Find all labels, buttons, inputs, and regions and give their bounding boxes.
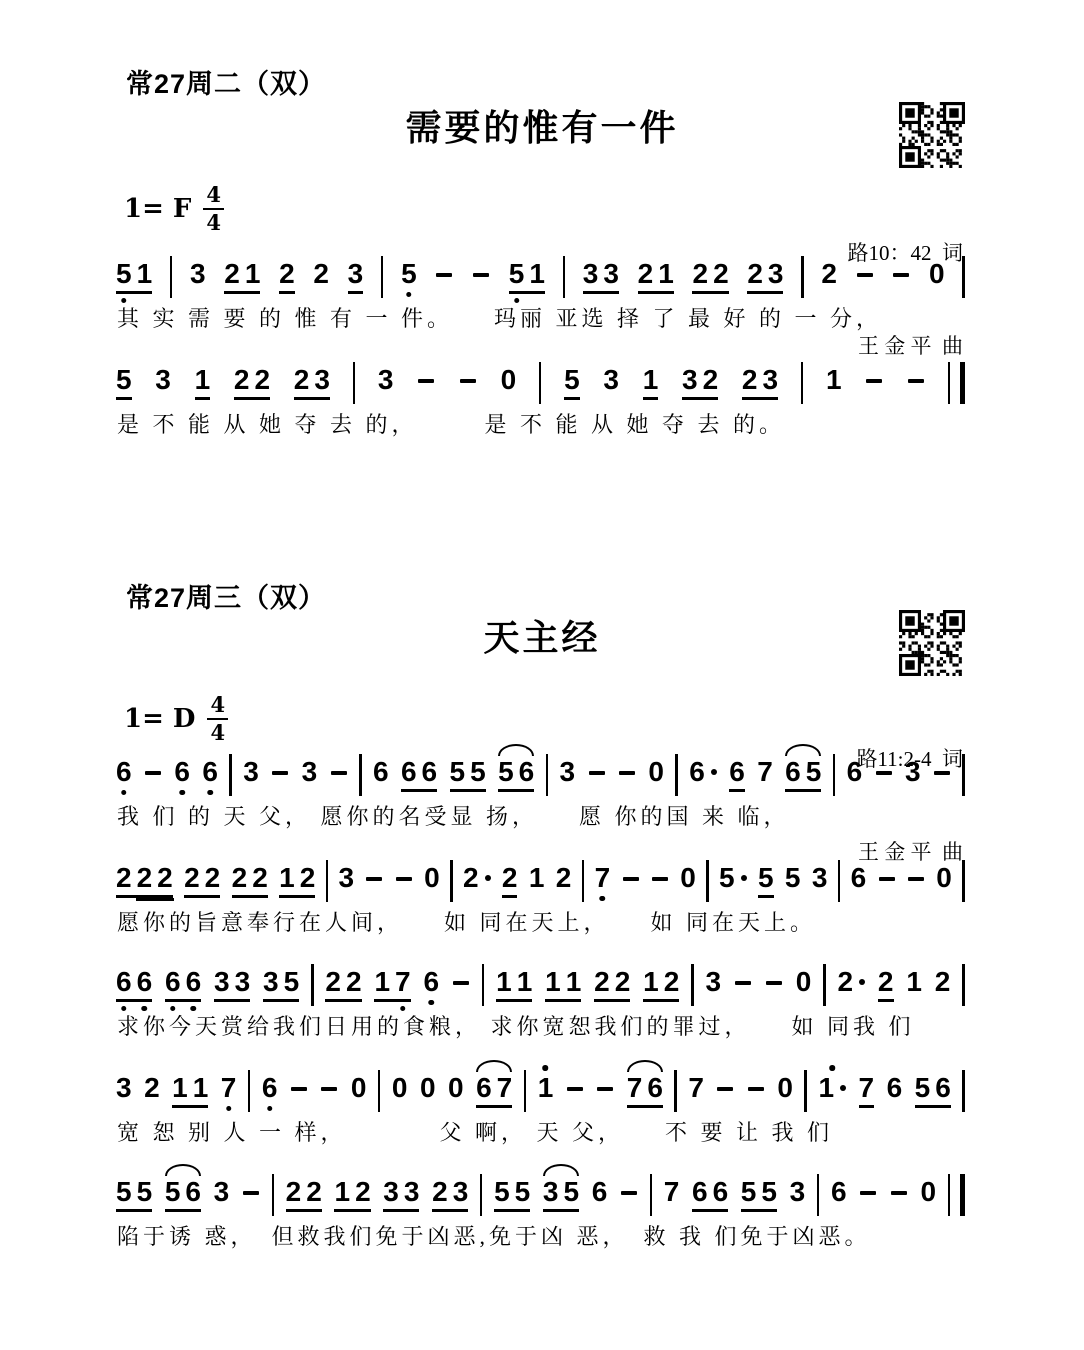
note-digit: 6 (647, 1074, 663, 1102)
note-group: 3 (155, 366, 171, 400)
note-group-slur: 56 (498, 758, 534, 792)
note-digit: 1 (529, 260, 545, 288)
note-digit: 5 (758, 864, 774, 892)
note-digit: 6 (423, 968, 439, 996)
note-digit: 3 (768, 260, 784, 288)
note-digit: 2 (615, 968, 631, 996)
note-group: 1 (195, 366, 211, 400)
barline (650, 1174, 653, 1216)
note-digit: 1 (374, 968, 390, 996)
note-digit: 1 (137, 260, 153, 288)
note-group: 3 (790, 1178, 806, 1212)
lyrics-line: 其 实 需 要 的 惟 有 一 件。 玛丽 亚选 择 了 最 好 的 一 分， (117, 302, 882, 333)
dash-hold (876, 771, 892, 775)
note-digit: 2 (664, 968, 680, 996)
note-group: 0 (351, 1074, 367, 1108)
note-group: 55 (450, 758, 486, 792)
note-digit: 3 (116, 1074, 132, 1102)
note-group: 3 (603, 366, 619, 400)
note-digit: 2 (286, 1178, 302, 1206)
time-signature: 4 4 (203, 184, 224, 233)
note-group: 0 (777, 1074, 793, 1108)
note-digit: 6 (165, 968, 181, 996)
dash-hold (766, 981, 782, 985)
note-digit: 6 (373, 758, 389, 786)
music-line: 513212235513321222320 其 实 需 要 的 惟 有 一 件。… (115, 254, 965, 346)
note-group: 32 (682, 366, 718, 400)
note-digit: 2 (294, 366, 310, 394)
note-group: 6 (729, 758, 745, 792)
note-digit: 2 (346, 968, 362, 996)
note-group: 0 (936, 864, 952, 898)
song2-key-signature: 1= D 4 4 (124, 694, 228, 743)
note-digit: 6 (174, 758, 190, 786)
meter-numerator: 4 (207, 694, 228, 720)
sixteenth-beam-group: 22 (137, 864, 173, 892)
note-group: 2 (502, 864, 518, 898)
note-digit: 0 (448, 1074, 464, 1102)
barline (962, 860, 965, 902)
note-digit: 7 (688, 1074, 704, 1102)
note-digit: 1 (517, 968, 533, 996)
barline (675, 754, 678, 796)
note-group: 6 (116, 758, 132, 792)
note-digit: 3 (314, 366, 330, 394)
note-group: 2 (821, 260, 837, 294)
note-digit: 1 (643, 968, 659, 996)
augmentation-dot (485, 875, 491, 881)
lyrics-line: 我 们 的 天 父， 愿你的名受显 扬， 愿 你的国 来 临， (117, 800, 790, 831)
note-digit: 7 (497, 1074, 513, 1102)
note-digit: 1 (643, 366, 659, 394)
note-group: 0 (648, 758, 664, 792)
note-group: 5 (116, 366, 132, 400)
note-digit: 5 (284, 968, 300, 996)
barline (450, 860, 453, 902)
note-digit: 6 (851, 864, 867, 892)
note-digit: 3 (603, 366, 619, 394)
dash-hold (589, 771, 605, 775)
note-digit: 6 (831, 1178, 847, 1206)
note-digit: 2 (742, 366, 758, 394)
dash-hold (908, 877, 924, 881)
note-group: 6 (689, 758, 717, 792)
note-digit: 5 (450, 758, 466, 786)
note-digit: 5 (165, 1178, 181, 1206)
barline (962, 1070, 965, 1112)
lyrics-line: 求你今天赏给我们日用的食粮， 求你宽恕我们的罪过， 如 同我 们 (117, 1010, 915, 1041)
note-digit: 1 (566, 968, 582, 996)
note-digit: 2 (638, 260, 654, 288)
note-digit: 3 (243, 758, 259, 786)
note-digit: 7 (595, 864, 611, 892)
song1-calendar-header: 常27周二（双） (126, 62, 326, 101)
note-group: 7 (221, 1074, 237, 1108)
barline (817, 1174, 820, 1216)
note-digit: 3 (302, 758, 318, 786)
note-digit: 2 (157, 864, 173, 892)
dash-hold (272, 771, 288, 775)
note-digit: 3 (812, 864, 828, 892)
qr-code (899, 102, 965, 168)
note-digit: 2 (713, 260, 729, 288)
note-digit: 2 (463, 864, 491, 892)
barline (170, 256, 173, 298)
note-digit: 1 (818, 1074, 846, 1102)
note-digit: 5 (515, 1178, 531, 1206)
dash-hold (291, 1087, 307, 1091)
dash-hold (866, 379, 882, 383)
final-barline (948, 362, 965, 404)
note-digit: 6 (935, 1074, 951, 1102)
note-digit: 1 (334, 1178, 350, 1206)
note-group: 22 (692, 260, 728, 294)
barline (563, 256, 566, 298)
note-digit: 3 (583, 260, 599, 288)
note-digit: 2 (144, 1074, 160, 1102)
dash-hold (717, 1087, 733, 1091)
dash-hold (735, 981, 751, 985)
note-digit: 2 (703, 366, 719, 394)
note-digit: 6 (713, 1178, 729, 1206)
notation-row: 666336665556306676563 (115, 752, 965, 798)
note-group: 0 (420, 1074, 436, 1108)
note-group: 66 (692, 1178, 728, 1212)
note-digit: 5 (401, 260, 417, 288)
note-digit: 2 (254, 366, 270, 394)
dash-hold (331, 771, 347, 775)
note-digit: 1 (195, 366, 211, 394)
note-group: 11 (496, 968, 532, 1002)
note-digit: 1 (906, 968, 922, 996)
note-group: 7 (757, 758, 773, 792)
note-group-slur: 76 (627, 1074, 663, 1108)
note-group: 7 (664, 1178, 680, 1212)
barline (838, 860, 841, 902)
note-group-slur: 67 (476, 1074, 512, 1108)
note-digit: 6 (137, 968, 153, 996)
note-digit: 3 (762, 366, 778, 394)
note-group: 1 (529, 864, 545, 898)
note-digit: 2 (205, 864, 221, 892)
note-digit: 6 (887, 1074, 903, 1102)
notation-row: 55563221233235535676655360 (115, 1172, 965, 1218)
note-group: 2 (144, 1074, 160, 1108)
qr-code (899, 610, 965, 676)
note-digit: 2 (234, 366, 250, 394)
barline (962, 256, 965, 298)
note-digit: 0 (929, 260, 945, 288)
note-digit: 6 (785, 758, 801, 786)
note-group: 2 (556, 864, 572, 898)
note-digit: 1 (826, 366, 842, 394)
note-digit: 2 (279, 260, 295, 288)
barline (378, 1070, 381, 1112)
note-group: 6 (423, 968, 439, 1002)
note-group: 12 (334, 1178, 370, 1212)
final-barline (948, 1174, 965, 1216)
note-group: 55 (494, 1178, 530, 1212)
note-digit: 3 (706, 968, 722, 996)
note-digit: 0 (921, 1178, 937, 1206)
song1-key-signature: 1= F 4 4 (124, 184, 224, 233)
note-group: 3 (905, 758, 921, 792)
dash-hold (453, 981, 469, 985)
meter-numerator: 4 (203, 184, 224, 210)
note-group: 3 (214, 1178, 230, 1212)
dash-hold (243, 1191, 259, 1195)
note-group: 5 (401, 260, 417, 294)
note-digit: 1 (529, 864, 545, 892)
note-group-slur: 56 (165, 1178, 201, 1212)
notation-row: 3211760000671767017656 (115, 1068, 965, 1114)
note-digit: 2 (306, 1178, 322, 1206)
notation-row: 513212235513321222320 (115, 254, 965, 300)
note-digit: 3 (560, 758, 576, 786)
note-group: 2 (935, 968, 951, 1002)
note-digit: 1 (172, 1074, 188, 1102)
note-digit: 3 (214, 1178, 230, 1206)
note-group: 66 (165, 968, 201, 1002)
note-group: 3 (560, 758, 576, 792)
barline (962, 754, 965, 796)
dash-hold (366, 877, 382, 881)
note-digit: 3 (378, 366, 394, 394)
barline (229, 754, 232, 796)
note-group: 1 (538, 1074, 554, 1108)
note-digit: 3 (190, 260, 206, 288)
note-group: 5 (785, 864, 801, 898)
note-group: 3 (348, 260, 364, 294)
note-digit: 3 (214, 968, 230, 996)
note-group: 55 (741, 1178, 777, 1212)
note-digit: 6 (592, 1178, 608, 1206)
note-group: 222 (116, 864, 173, 898)
barline (691, 964, 694, 1006)
note-group: 5 (758, 864, 774, 898)
note-group: 0 (921, 1178, 937, 1212)
note-digit: 2 (325, 968, 341, 996)
augmentation-dot (859, 979, 865, 985)
note-digit: 6 (689, 758, 717, 786)
note-digit: 1 (496, 968, 512, 996)
note-digit: 3 (155, 366, 171, 394)
note-digit: 6 (729, 758, 745, 786)
note-digit: 2 (224, 260, 240, 288)
barline (359, 754, 362, 796)
note-digit: 7 (221, 1074, 237, 1102)
barline (353, 362, 356, 404)
note-group: 5 (564, 366, 580, 400)
note-digit: 2 (252, 864, 268, 892)
note-group: 7 (688, 1074, 704, 1108)
note-digit: 6 (185, 1178, 201, 1206)
note-digit: 2 (747, 260, 763, 288)
key-name: 1= D (124, 704, 195, 734)
note-digit: 6 (262, 1074, 278, 1102)
note-digit: 6 (116, 968, 132, 996)
barline (272, 1174, 275, 1216)
note-group: 0 (680, 864, 696, 898)
note-digit: 6 (401, 758, 417, 786)
note-digit: 1 (538, 1074, 554, 1102)
note-group: 1 (643, 366, 659, 400)
note-group: 23 (294, 366, 330, 400)
note-group: 2 (463, 864, 491, 898)
barline (482, 964, 485, 1006)
note-digit: 5 (137, 1178, 153, 1206)
barline (326, 860, 329, 902)
note-digit: 2 (313, 260, 329, 288)
note-digit: 2 (594, 968, 610, 996)
note-group: 21 (638, 260, 674, 294)
time-signature: 4 4 (207, 694, 228, 743)
note-group: 23 (432, 1178, 468, 1212)
augmentation-dot (741, 875, 747, 881)
note-group: 51 (509, 260, 545, 294)
note-digit: 5 (915, 1074, 931, 1102)
note-digit: 6 (186, 968, 202, 996)
note-group: 3 (116, 1074, 132, 1108)
note-digit: 0 (648, 758, 664, 786)
note-digit: 5 (564, 366, 580, 394)
note-group: 21 (224, 260, 260, 294)
dash-hold (908, 379, 924, 383)
note-digit: 3 (263, 968, 279, 996)
note-digit: 0 (796, 968, 812, 996)
note-group: 3 (190, 260, 206, 294)
note-group: 7 (859, 1074, 875, 1108)
dash-hold (321, 1087, 337, 1091)
meter-denominator: 4 (210, 720, 225, 743)
note-group: 1 (818, 1074, 846, 1108)
music-line: 3211760000671767017656 宽 恕 别 人 一 样， 父 啊，… (115, 1068, 965, 1160)
dash-hold (891, 1191, 907, 1195)
music-line: 53122233053132231 是 不 能 从 她 夺 去 的， 是 不 能… (115, 360, 965, 452)
note-group: 51 (116, 260, 152, 294)
lyrics-line: 陷于诱 惑， 但救我们免于凶恶,免于凶 恶， 救 我 们免于凶恶。 (117, 1220, 871, 1251)
note-group: 5 (719, 864, 747, 898)
note-group: 17 (374, 968, 410, 1002)
note-digit: 7 (627, 1074, 643, 1102)
note-group: 2 (313, 260, 329, 294)
note-digit: 6 (847, 758, 863, 786)
barline (801, 256, 804, 298)
note-digit: 3 (339, 864, 355, 892)
note-group: 11 (172, 1074, 208, 1108)
note-digit: 7 (395, 968, 411, 996)
note-digit: 5 (785, 864, 801, 892)
note-digit: 5 (498, 758, 514, 786)
notation-row: 53122233053132231 (115, 360, 965, 406)
note-digit: 3 (790, 1178, 806, 1206)
note-group: 33 (214, 968, 250, 1002)
sheet-music-page: 常27周二（双） 需要的惟有一件 路10：42 词 王 金 平 曲 1= F 4… (0, 0, 1084, 1350)
lyrics-line: 愿你的旨意奉行在人间， 如 同在天上， 如 同在天上。 (117, 906, 816, 937)
note-digit: 0 (420, 1074, 436, 1102)
note-digit: 3 (348, 260, 364, 288)
barline (833, 754, 836, 796)
note-group: 23 (747, 260, 783, 294)
meter-denominator: 4 (206, 210, 221, 233)
note-group: 6 (592, 1178, 608, 1212)
note-group: 3 (302, 758, 318, 792)
note-digit: 1 (279, 864, 295, 892)
note-group: 3 (812, 864, 828, 898)
barline (674, 1070, 677, 1112)
barline (539, 362, 542, 404)
note-group: 0 (796, 968, 812, 1002)
note-digit: 6 (519, 758, 535, 786)
note-digit: 1 (245, 260, 261, 288)
dash-hold (652, 877, 668, 881)
dash-hold (145, 771, 161, 775)
dash-hold (748, 1087, 764, 1091)
note-group: 2 (279, 260, 295, 294)
note-digit: 3 (235, 968, 251, 996)
note-group: 11 (545, 968, 581, 1002)
music-line: 55563221233235535676655360 陷于诱 惑， 但救我们免于… (115, 1172, 965, 1264)
note-digit: 2 (300, 864, 316, 892)
note-group: 23 (742, 366, 778, 400)
note-group: 2 (837, 968, 865, 1002)
note-group: 55 (116, 1178, 152, 1212)
note-digit: 5 (563, 1178, 579, 1206)
music-line: 666633352217611112212302212 求你今天赏给我们日用的食… (115, 962, 965, 1054)
note-group: 6 (831, 1178, 847, 1212)
note-group: 6 (202, 758, 218, 792)
note-digit: 5 (741, 1178, 757, 1206)
note-group: 22 (325, 968, 361, 1002)
dash-hold (879, 877, 895, 881)
note-digit: 2 (116, 864, 132, 892)
note-digit: 7 (664, 1178, 680, 1206)
note-group: 12 (279, 864, 315, 898)
note-group: 6 (851, 864, 867, 898)
note-group: 22 (594, 968, 630, 1002)
note-group: 35 (263, 968, 299, 1002)
music-line: 22222221230221270555360 愿你的旨意奉行在人间， 如 同在… (115, 858, 965, 950)
note-group: 1 (826, 366, 842, 400)
dash-hold (619, 771, 635, 775)
note-digit: 1 (193, 1074, 209, 1102)
note-group: 3 (378, 366, 394, 400)
note-digit: 2 (502, 864, 518, 892)
note-digit: 2 (556, 864, 572, 892)
augmentation-dot (840, 1085, 846, 1091)
note-digit: 6 (422, 758, 438, 786)
note-digit: 3 (682, 366, 698, 394)
note-digit: 2 (232, 864, 248, 892)
dash-hold (860, 1191, 876, 1195)
note-group: 6 (262, 1074, 278, 1108)
note-digit: 3 (603, 260, 619, 288)
note-digit: 7 (859, 1074, 875, 1102)
note-group: 22 (286, 1178, 322, 1212)
note-digit: 0 (501, 366, 517, 394)
dash-hold (567, 1087, 583, 1091)
note-group: 22 (184, 864, 220, 898)
dash-hold (418, 379, 434, 383)
note-digit: 0 (392, 1074, 408, 1102)
note-digit: 6 (116, 758, 132, 786)
note-group: 6 (174, 758, 190, 792)
dash-hold (597, 1087, 613, 1091)
note-group-slur: 35 (543, 1178, 579, 1212)
note-digit: 3 (905, 758, 921, 786)
note-group: 3 (706, 968, 722, 1002)
note-digit: 2 (692, 260, 708, 288)
